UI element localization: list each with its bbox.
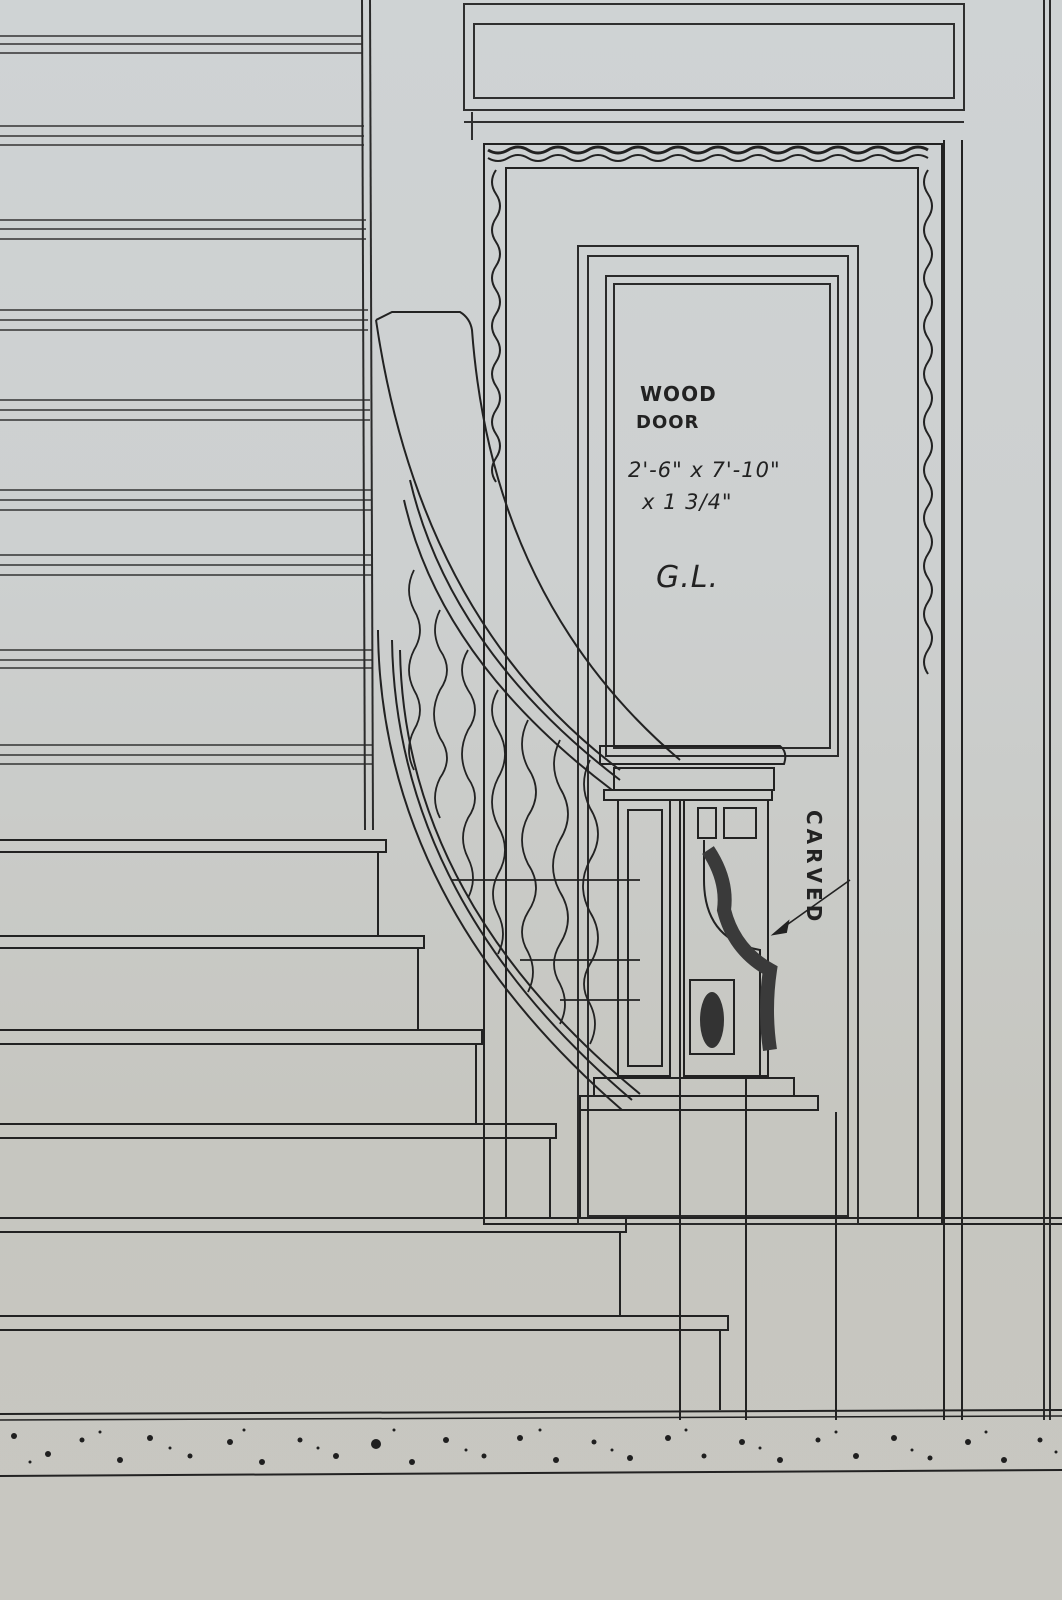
door-thickness: x 1 3/4" <box>642 490 733 514</box>
transom-panel <box>464 4 964 140</box>
door-label-door: DOOR <box>636 412 699 433</box>
door-initials: G.L. <box>656 560 719 595</box>
wall-panel-lines <box>0 36 372 764</box>
stair-steps <box>0 840 1062 1410</box>
wall-edge <box>362 0 373 830</box>
drawing-sheet: WOOD DOOR 2'-6" x 7'-10" x 1 3/4" G.L. C… <box>0 0 1062 1600</box>
elevation-drawing <box>0 0 1062 1600</box>
floor-slab <box>0 1410 1062 1476</box>
right-wall-edge <box>1044 0 1050 1420</box>
door-label-wood: WOOD <box>640 382 717 406</box>
door-dimensions: 2'-6" x 7'-10" <box>628 458 781 482</box>
carved-note: CARVED <box>802 810 826 925</box>
